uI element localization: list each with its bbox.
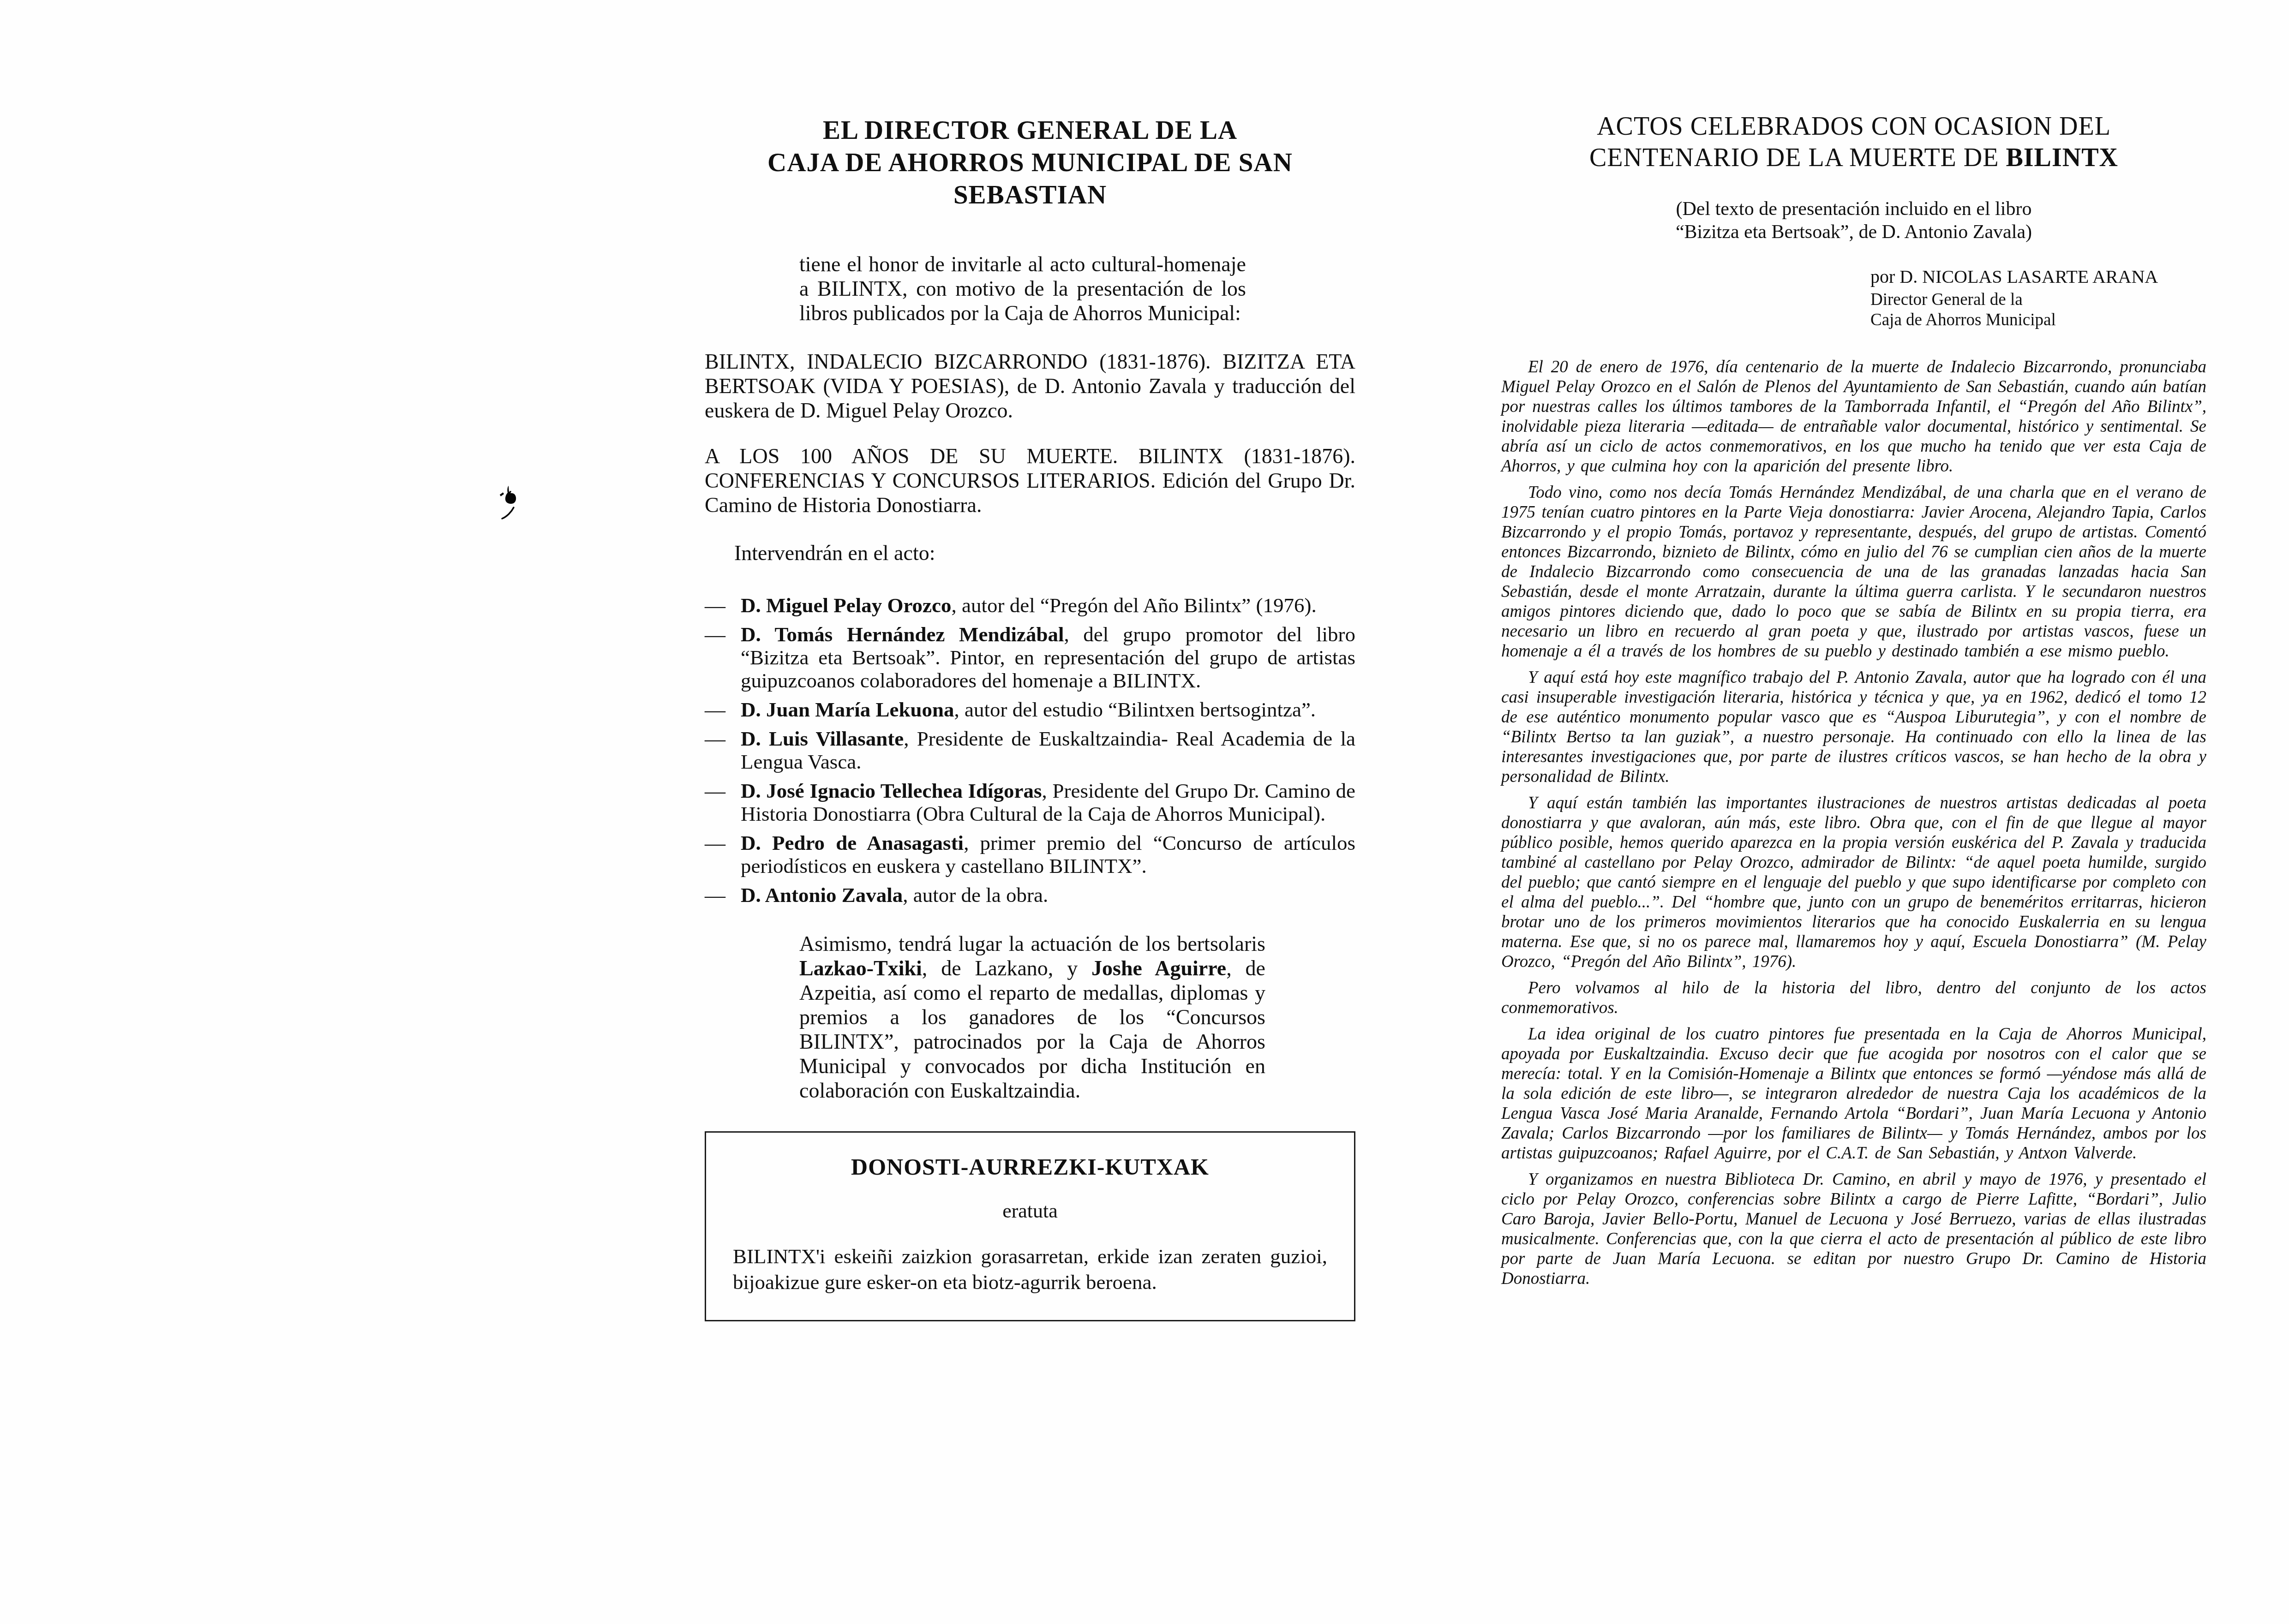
dash-bullet: — [705,831,725,854]
speaker-name: D. Tomás Hernández Mendizábal [741,623,1064,646]
speakers-list: — D. Miguel Pelay Orozco, autor del “Pre… [705,594,1355,907]
right-page-title: ACTOS CELEBRADOS CON OCASION DEL CENTENA… [1501,111,2206,173]
left-title-line2: CAJA DE AHORROS MUNICIPAL DE SAN SEBASTI… [705,147,1355,211]
closing-text: , de Lazkano, y [922,956,1091,980]
dash-bullet: — [705,727,725,750]
essay-paragraph: Y aquí están también las importantes ilu… [1501,793,2206,972]
left-page-title: EL DIRECTOR GENERAL DE LA CAJA DE AHORRO… [705,114,1355,211]
author-role-line1: Director General de la [1870,290,2206,310]
dedication-box-text: BILINTX'i eskeiñi zaizkion gorasarretan,… [733,1243,1327,1295]
speaker-name: D. Pedro de Anasagasti [741,831,964,854]
bertsolari-name: Joshe Aguirre [1091,956,1226,980]
book-description-paragraph: BILINTX, INDALECIO BIZCARRONDO (1831-187… [705,349,1355,423]
essay-paragraph: El 20 de enero de 1976, día centenario d… [1501,357,2206,476]
speaker-item: — D. Tomás Hernández Mendizábal, del gru… [705,623,1355,692]
speaker-item: — D. Pedro de Anasagasti, primer premio … [705,831,1355,878]
author-role-line2: Caja de Ahorros Municipal [1870,310,2206,330]
source-note-line1: (Del texto de presentación incluido en e… [1501,197,2206,221]
bertsolaris-paragraph: Asimismo, tendrá lugar la actuación de l… [799,931,1265,1103]
left-page: EL DIRECTOR GENERAL DE LA CAJA DE AHORRO… [705,114,1355,1321]
essay-paragraph: Todo vino, como nos decía Tomás Hernánde… [1501,483,2206,661]
right-title-line2-bold: BILINTX [2006,143,2118,172]
essay-paragraph: Pero volvamos al hilo de la historia del… [1501,978,2206,1018]
right-title-line1: ACTOS CELEBRADOS CON OCASION DEL [1501,111,2206,142]
dash-bullet: — [705,884,725,907]
speaker-name: D. Antonio Zavala [741,884,903,907]
speaker-name: D. José Ignacio Tellechea Idígoras [741,779,1042,802]
essay-body: El 20 de enero de 1976, día centenario d… [1501,357,2206,1289]
speaker-name: D. Miguel Pelay Orozco [741,594,952,617]
speaker-item: — D. Luis Villasante, Presidente de Eusk… [705,727,1355,773]
speakers-list-intro: Intervendrán en el acto: [734,541,1355,565]
speaker-description: , autor del “Pregón del Año Bilintx” (19… [952,594,1317,617]
invitation-paragraph: tiene el honor de invitarle al acto cult… [799,252,1246,325]
right-page: ACTOS CELEBRADOS CON OCASION DEL CENTENA… [1501,111,2206,1295]
dedication-box-subtitle: eratuta [733,1200,1327,1222]
dash-bullet: — [705,698,725,721]
essay-paragraph: Y aquí está hoy este magnífico trabajo d… [1501,668,2206,787]
speaker-item: — D. Antonio Zavala, autor de la obra. [705,884,1355,907]
closing-text: Asimismo, tendrá lugar la actuación de l… [799,932,1265,955]
dash-bullet: — [705,779,725,802]
speaker-description: , autor de la obra. [903,884,1048,907]
dedication-box-title: DONOSTI-AURREZKI-KUTXAK [733,1154,1327,1180]
speaker-description: , autor del estudio “Bilintxen bertsogin… [954,698,1316,721]
bertsolari-name: Lazkao-Txiki [799,956,922,980]
source-note: (Del texto de presentación incluido en e… [1501,197,2206,244]
author-byline: por D. NICOLAS LASARTE ARANA [1870,267,2206,287]
speaker-name: D. Luis Villasante [741,727,904,750]
left-title-line1: EL DIRECTOR GENERAL DE LA [705,114,1355,147]
scanned-document-spread: { "page": { "background": "#fefefe", "in… [0,0,2289,1624]
speaker-item: — D. Miguel Pelay Orozco, autor del “Pre… [705,594,1355,617]
essay-paragraph: La idea original de los cuatro pintores … [1501,1024,2206,1163]
essay-paragraph: Y organizamos en nuestra Biblioteca Dr. … [1501,1170,2206,1289]
basque-dedication-box: DONOSTI-AURREZKI-KUTXAK eratuta BILINTX'… [705,1131,1355,1321]
byline-block: por D. NICOLAS LASARTE ARANA Director Ge… [1870,267,2206,330]
speaker-item: — D. José Ignacio Tellechea Idígoras, Pr… [705,779,1355,825]
dash-bullet: — [705,623,725,646]
centenary-paragraph: A LOS 100 AÑOS DE SU MUERTE. BILINTX (18… [705,444,1355,517]
speaker-item: — D. Juan María Lekuona, autor del estud… [705,698,1355,721]
right-title-line2: CENTENARIO DE LA MUERTE DE BILINTX [1501,142,2206,173]
ink-smudge-artifact [495,485,528,522]
source-note-line2: “Bizitza eta Bertsoak”, de D. Antonio Za… [1501,221,2206,244]
right-title-line2-regular: CENTENARIO DE LA MUERTE DE [1589,143,2006,172]
speaker-name: D. Juan María Lekuona [741,698,954,721]
dash-bullet: — [705,594,725,617]
